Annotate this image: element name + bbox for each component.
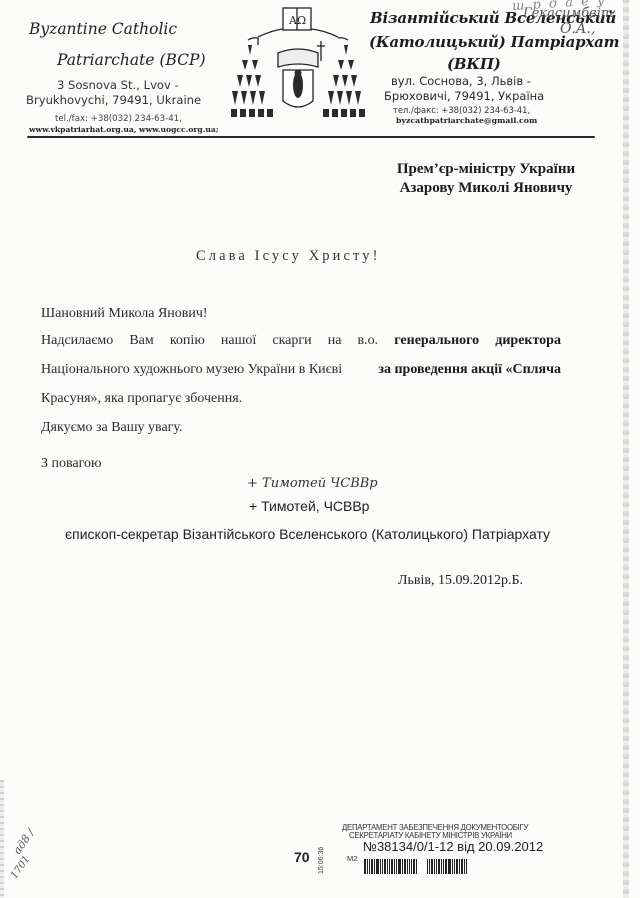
stamp-code: M2 — [347, 854, 357, 863]
greeting: Слава Ісусу Христу! — [196, 248, 381, 265]
barcode-bar — [464, 859, 465, 874]
body-word: нашої — [221, 326, 256, 355]
recipient-block: Прем’єр-міністру України Азарову Миколі … — [372, 160, 600, 198]
svg-text:AΩ: AΩ — [288, 14, 306, 27]
address-en-line2: Bryukhovychi, 79491, Ukraine — [26, 93, 201, 107]
barcode-bar — [416, 859, 417, 874]
barcode-bar — [418, 859, 426, 874]
stamp-time: 15:06:36 — [318, 847, 325, 874]
barcode-bar — [376, 859, 379, 874]
handwritten-margin-number: 1701 — [9, 854, 33, 881]
telfax-ua: тел./факс: +38(032) 234-63-41, — [393, 105, 530, 115]
barcode-bar — [438, 859, 440, 874]
barcode-bar — [443, 859, 444, 874]
barcode-bar — [384, 859, 386, 874]
barcode-bar — [409, 859, 410, 874]
barcode-bar — [459, 859, 460, 874]
scan-artifact-left — [0, 780, 4, 898]
barcode-bar — [364, 859, 366, 874]
barcode-bar — [380, 859, 381, 874]
coat-of-arms-icon: AΩ — [228, 5, 368, 135]
barcode-bar — [411, 859, 412, 874]
barcode-bar — [398, 859, 401, 874]
barcode-bar — [369, 859, 370, 874]
barcode-bar — [396, 859, 397, 874]
handwritten-margin-note: ад8 / — [11, 826, 38, 856]
body-word: скарги — [272, 326, 311, 355]
barcode-bar — [436, 859, 437, 874]
barcode-bar — [429, 859, 430, 874]
body-word: в.о. — [358, 326, 379, 355]
websites: www.vkpatriarhat.org.ua, www.uogcc.org.u… — [29, 125, 219, 134]
letter-body: НадсилаємоВамкопіюнашоїскаргинав.о.генер… — [41, 326, 561, 442]
barcode-bar — [452, 859, 453, 874]
address-ua-line1: вул. Соснова, 3, Львів - — [391, 74, 531, 88]
barcode-bar — [466, 859, 467, 874]
body-word: на — [328, 326, 342, 355]
body-line1: НадсилаємоВамкопіюнашоїскаргинав.о.генер… — [41, 326, 561, 355]
barcode-bar — [394, 859, 395, 874]
barcode-bar — [367, 859, 368, 874]
telfax-en: tel./fax: +38(032) 234-63-41, — [55, 114, 182, 124]
body-line2: Національного художнього музею України в… — [41, 355, 561, 384]
barcode-bar — [434, 859, 435, 874]
barcode-bar — [454, 859, 455, 874]
barcode-bar — [404, 859, 406, 874]
body-line3: Красуня», яка пропагує збочення. — [41, 384, 561, 413]
address-ua-line2: Брюховичі, 79491, Україна — [384, 89, 544, 103]
handwritten-signature: + Тимотей ЧСВВр — [247, 476, 378, 491]
barcode-bar — [413, 859, 415, 874]
place-date: Львів, 15.09.2012р.Б. — [398, 573, 523, 589]
page-count: 70 — [294, 849, 310, 865]
org-name-en-line1: Byzantine Catholic — [29, 20, 177, 38]
barcode-bar — [456, 859, 458, 874]
barcode-bar — [371, 859, 373, 874]
body-word: Надсилаємо — [41, 326, 113, 355]
org-name-en-line2: Patriarchate (BCP) — [57, 51, 206, 69]
signatory-title: єпископ-секретар Візантійського Вселенсь… — [65, 526, 550, 542]
barcode-bar — [445, 859, 447, 874]
barcode-bar — [427, 859, 428, 874]
recipient-line2: Азарову Миколі Яновичу — [372, 179, 600, 198]
recipient-line1: Прем’єр-міністру України — [372, 160, 600, 179]
body-word: Вам — [129, 326, 153, 355]
barcode-bar — [407, 859, 408, 874]
body-line2-plain: Національного художнього музею України в… — [41, 355, 342, 384]
body-thanks: Дякуємо за Вашу увагу. — [41, 413, 561, 442]
body-word: директора — [495, 326, 561, 355]
barcode-bar — [391, 859, 393, 874]
org-name-ua-abbr: (ВКП) — [447, 55, 501, 73]
address-en-line1: 3 Sosnova St., Lvov - — [57, 78, 179, 92]
barcode-bar — [387, 859, 388, 874]
handwritten-name: Гекасимбвіт — [523, 6, 613, 21]
salutation: Шановний Микола Янович! — [41, 306, 208, 322]
body-line2-bold: за проведення акції «Спляча — [378, 355, 561, 384]
barcode — [364, 859, 512, 874]
closing: З повагою — [41, 456, 102, 472]
barcode-bar — [389, 859, 390, 874]
barcode-bar — [448, 859, 451, 874]
handwritten-initials: О.А., — [560, 21, 595, 37]
barcode-bar — [402, 859, 403, 874]
scan-artifact-stripe — [623, 0, 629, 898]
body-word: генерального — [394, 326, 479, 355]
body-word: копію — [170, 326, 205, 355]
email: byzcathpatriarchate@gmail.com — [396, 116, 537, 125]
barcode-bar — [382, 859, 383, 874]
signatory-name: + Тимотей, ЧСВВр — [249, 498, 369, 514]
barcode-bar — [374, 859, 375, 874]
barcode-bar — [441, 859, 442, 874]
barcode-bar — [461, 859, 463, 874]
registration-number: №38134/0/1-12 від 20.09.2012 — [363, 839, 543, 854]
letterhead-divider — [27, 136, 595, 138]
barcode-bar — [431, 859, 433, 874]
